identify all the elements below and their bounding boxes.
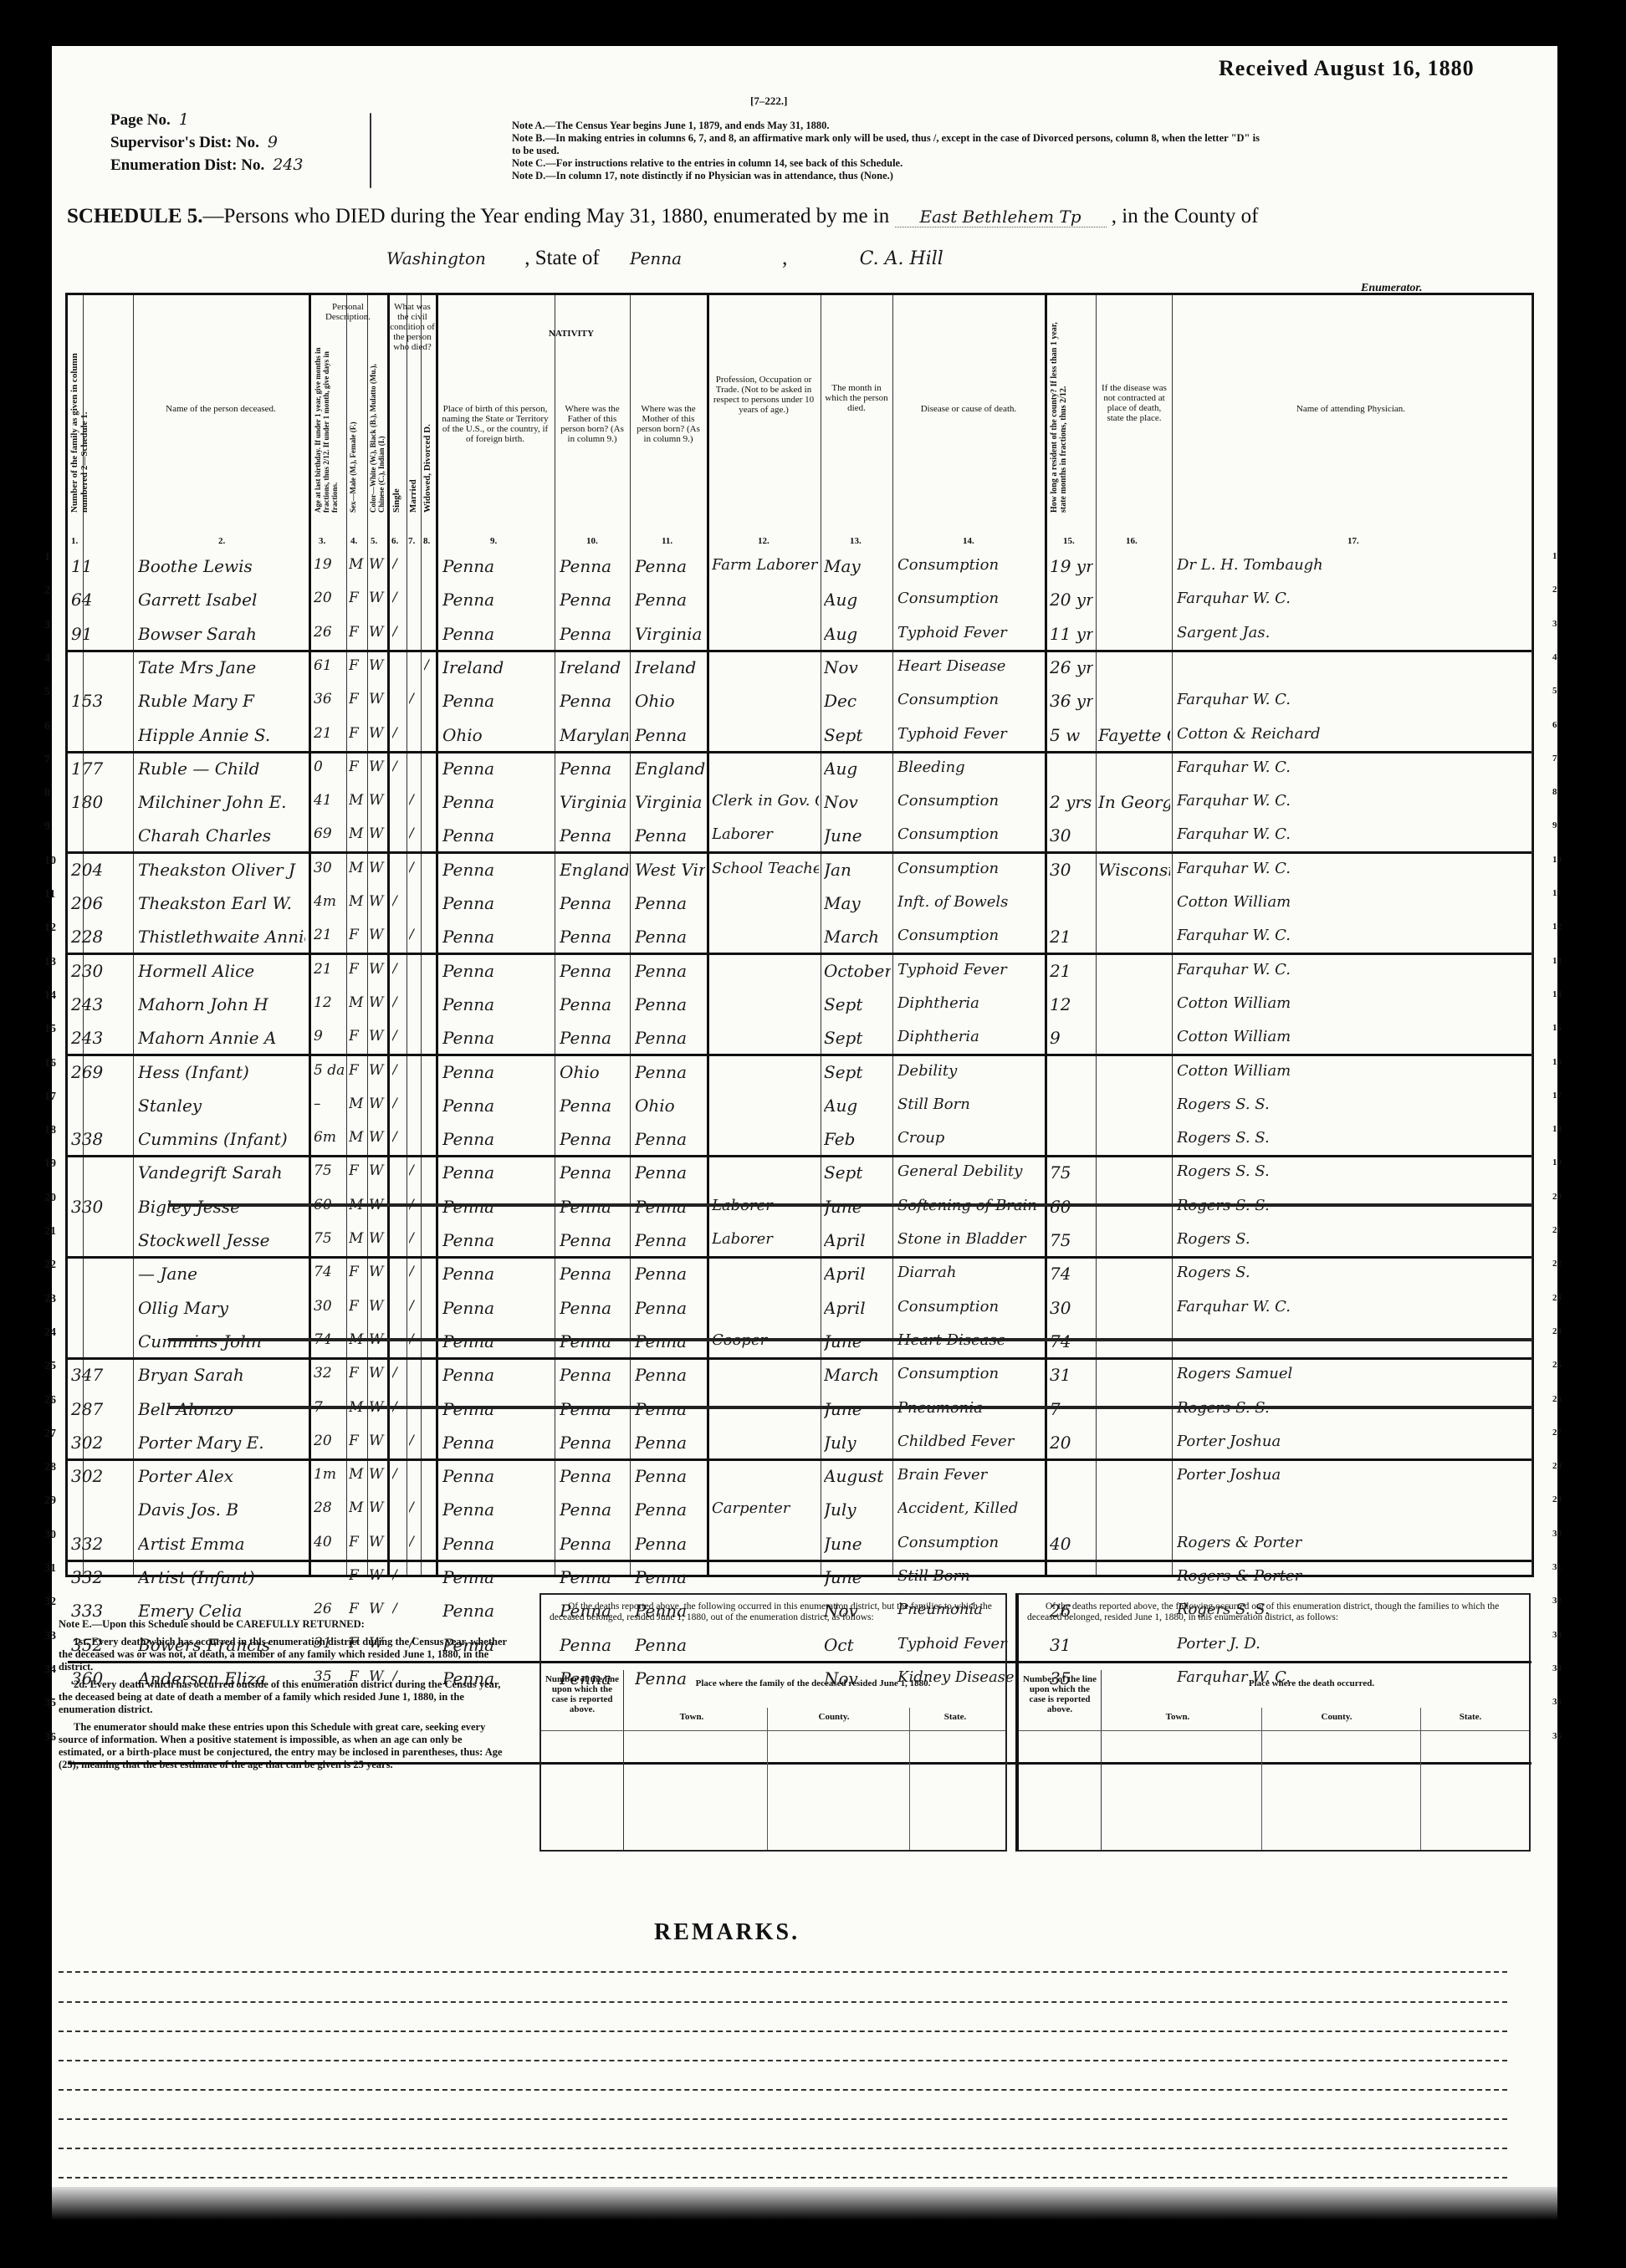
col-1-header: Number of the family as given in column … [69,312,81,513]
cell-physician: Rogers S. S. [1177,1129,1528,1147]
col-3-header: Age at last birthday. If under 1 year, g… [314,345,344,513]
cell-name: Boothe Lewis [138,556,305,576]
cell-physician: Farquhar W. C. [1177,759,1528,776]
cell-cause: Diphtheria [897,1028,1041,1045]
schedule-number: SCHEDULE 5. [67,205,203,227]
cell-sex: F [349,1433,366,1449]
cell-resident: 40 [1050,1534,1093,1554]
table-row: 16269Hess (Infant)5 daFW/PennaOhioPennaS… [68,1057,1531,1088]
cell-family: 347 [71,1365,130,1385]
cell-age: 21 [314,927,345,943]
cell-name: Bryan Sarah [138,1365,305,1385]
cell-birth: Ireland [442,657,551,677]
cell-cause: Consumption [897,927,1041,944]
line-check-mark: 4 [44,652,50,666]
cell-cause: Diarrah [897,1264,1041,1281]
cell-name: Hipple Annie S. [138,725,305,745]
cell-father: Penna [560,1298,628,1318]
cell-family: 287 [71,1399,130,1419]
cell-birth: Penna [442,1365,551,1385]
cell-cause: Heart Disease [897,1331,1041,1349]
cell-place: Fayette Co [1098,725,1170,745]
cell-name: Garrett Isabel [138,590,305,610]
cell-mother: Penna [635,556,705,576]
cell-cause: Typhoid Fever [897,624,1041,641]
cell-father: Penna [560,556,628,576]
cell-father: Penna [560,1096,628,1116]
line-check-mark: 25 [44,1360,56,1373]
table-row: 23Ollig Mary30FW/PennaPennaPennaAprilCon… [68,1293,1531,1324]
line-check-mark: 7 [44,753,50,767]
state-value: Penna [605,248,782,268]
line-check-mark: 28 [44,1461,56,1474]
enumeration-value: 243 [273,156,303,174]
cell-sex: F [349,1062,366,1079]
line-number: 23 [1552,1293,1562,1303]
cell-family: 11 [71,556,130,576]
cell-name: Cummins John [138,1331,305,1351]
cell-sex: F [349,1162,366,1179]
cell-married: / [409,1264,421,1280]
cell-father: Penna [560,1331,628,1351]
cell-month: June [824,1534,891,1554]
line-check-mark: 9 [44,820,50,834]
line-check-mark: 32 [44,1596,56,1609]
enumerator-name: C. A. Hill [860,248,943,269]
cell-sex: M [349,1129,366,1146]
cell-mother: Penna [635,590,705,610]
cell-name: Theakston Oliver J [138,860,305,880]
cell-father: Penna [560,1466,628,1486]
cell-father: Penna [560,893,628,913]
cell-resident: 5 w [1050,725,1093,745]
cell-married: / [409,792,421,809]
line-number: 25 [1552,1360,1562,1370]
cell-birth: Penna [442,1567,551,1587]
cell-physician: Sargent Jas. [1177,624,1528,641]
cell-sex: M [349,1499,366,1516]
col-10-header: Where was the Father of this person born… [558,404,626,444]
cell-age: 0 [314,759,345,775]
table-row: 4Tate Mrs Jane61FW/IrelandIrelandIreland… [68,652,1531,683]
cell-family: 243 [71,994,130,1014]
cell-physician: Cotton William [1177,1028,1528,1045]
cell-mother: Penna [635,1062,705,1082]
cell-color: W [369,556,386,573]
line-number: 4 [1552,652,1557,662]
cell-physician: Porter Joshua [1177,1433,1528,1450]
cell-mother: Penna [635,1129,705,1149]
cell-cause: Heart Disease [897,657,1041,675]
line-number: 26 [1552,1394,1562,1404]
cell-name: Milchiner John E. [138,792,305,812]
cell-single: / [392,994,404,1011]
cell-month: October [824,961,891,981]
line-number: 22 [1552,1259,1562,1269]
cell-birth: Penna [442,1230,551,1250]
cell-birth: Penna [442,590,551,610]
line-check-mark: 19 [44,1157,56,1171]
cell-name: Porter Mary E. [138,1433,305,1453]
subtable-deaths-in-district: Of the deaths reported above, the follow… [539,1593,1007,1852]
cell-mother: Penna [635,725,705,745]
township-value: East Bethlehem Tp [895,207,1107,227]
subtable-in-county-header: County. [767,1712,901,1722]
cell-father: Penna [560,1365,628,1385]
cell-single: / [392,1062,404,1079]
cell-birth: Penna [442,1331,551,1351]
cell-sex: M [349,825,366,842]
cell-age: 30 [314,860,345,876]
remarks-line [59,2148,1507,2149]
line-check-mark: 33 [44,1630,56,1643]
cell-father: Penna [560,590,628,610]
cell-birth: Penna [442,927,551,947]
cell-month: April [824,1298,891,1318]
cell-family: 338 [71,1129,130,1149]
cell-month: Sept [824,725,891,745]
cell-resident: 21 [1050,961,1093,981]
line-check-mark: 26 [44,1394,56,1407]
cell-physician: Cotton & Reichard [1177,725,1528,743]
cell-age: 60 [314,1197,345,1213]
cell-color: W [369,1298,386,1315]
personal-description-header: Personal Description. [310,302,386,322]
line-check-mark: 23 [44,1293,56,1306]
cell-resident: 36 yrs [1050,691,1093,711]
state-label: , State of [524,247,600,269]
cell-sex: F [349,1567,366,1584]
line-check-mark: 16 [44,1057,56,1070]
cell-mother: Penna [635,994,705,1014]
cell-cause: Still Born [897,1096,1041,1113]
cell-married: / [409,1331,421,1348]
cell-color: W [369,1499,386,1516]
cell-mother: Penna [635,1264,705,1284]
cell-single: / [392,1601,404,1617]
cell-sex: M [349,1197,366,1213]
cell-mother: Penna [635,961,705,981]
cell-month: Sept [824,994,891,1014]
remarks-line [59,1971,1507,1973]
remarks-line [59,2177,1507,2179]
cell-sex: M [349,860,366,876]
census-sheet: Page No.1 Supervisor's Dist: No.9 Enumer… [52,46,1557,2220]
cell-age: 41 [314,792,345,809]
col-num-11: 11. [662,536,672,546]
received-stamp: Received August 16, 1880 [1219,56,1475,81]
cell-sex: F [349,1298,366,1315]
line-number: 21 [1552,1225,1562,1235]
line-number: 2 [1552,585,1557,595]
cell-mother: Penna [635,1197,705,1217]
cell-month: Aug [824,624,891,644]
cell-name: Cummins (Infant) [138,1129,305,1149]
table-row: 18338Cummins (Infant)6mMW/PennaPennaPenn… [68,1124,1531,1157]
line-number: 12 [1552,922,1562,932]
cell-single: / [392,1399,404,1416]
table-row: 6Hipple Annie S.21FW/OhioMarylandPennaSe… [68,720,1531,753]
cell-color: W [369,1365,386,1382]
cell-father: Penna [560,624,628,644]
cell-birth: Penna [442,994,551,1014]
cell-physician: Dr L. H. Tombaugh [1177,556,1528,574]
cell-father: Penna [560,994,628,1014]
cell-resident: 75 [1050,1162,1093,1183]
cell-age: 74 [314,1331,345,1348]
note-e: Note E.—Upon this Schedule should be CAR… [59,1618,510,1776]
cell-name: Charah Charles [138,825,305,845]
cell-mother: Penna [635,893,705,913]
line-check-mark: 17 [44,1091,56,1104]
line-check-mark: 1 [44,551,50,564]
cell-mother: Ohio [635,691,705,711]
cell-month: Dec [824,691,891,711]
table-row: 19Vandegrift Sarah75FW/PennaPennaPennaSe… [68,1157,1531,1188]
cell-resident: 9 [1050,1028,1093,1048]
cell-married: / [409,1534,421,1550]
col-6-header: Single [391,446,403,513]
subtable-out-town-header: Town. [1102,1712,1253,1722]
line-check-mark: 2 [44,585,50,598]
cell-birth: Penna [442,825,551,845]
cell-month: August [824,1466,891,1486]
cell-age: 6m [314,1129,345,1146]
col-15-header: How long a resident of the county? If le… [1050,312,1092,513]
cell-mother: England [635,759,705,779]
cell-family: 330 [71,1197,130,1217]
table-row: 31332Artist (Infant)–FW/PennaPennaPennaJ… [68,1562,1531,1593]
civil-condition-header: What was the civil condition of the pers… [389,302,436,352]
cell-single: / [392,1567,404,1584]
cell-family: 332 [71,1567,130,1587]
cell-birth: Penna [442,792,551,812]
cell-name: Ruble — Child [138,759,305,779]
cell-birth: Penna [442,1534,551,1554]
remarks-line [59,2089,1507,2091]
cell-color: W [369,624,386,641]
cell-color: W [369,1601,386,1617]
line-number: 15 [1552,1023,1562,1033]
cell-cause: Stone in Bladder [897,1230,1041,1248]
cell-father: Penna [560,825,628,845]
cell-birth: Penna [442,860,551,880]
cell-physician: Farquhar W. C. [1177,691,1528,708]
cell-family: 153 [71,691,130,711]
cell-birth: Penna [442,1499,551,1520]
cell-birth: Penna [442,1062,551,1082]
cell-age: 32 [314,1365,345,1382]
line-number: 24 [1552,1326,1562,1336]
cell-physician: Rogers S. S. [1177,1162,1528,1180]
col-num-12: 12. [758,536,770,546]
cell-sex: F [349,927,366,943]
cell-mother: Penna [635,1331,705,1351]
table-row: 8180Milchiner John E.41MW/PennaVirginiaV… [68,787,1531,818]
cell-physician: Farquhar W. C. [1177,1298,1528,1315]
cell-mother: Penna [635,1499,705,1520]
col-4-header: Sex—Male (M.), Female (F.) [349,345,366,513]
schedule-title: SCHEDULE 5.—Persons who DIED during the … [67,205,1258,228]
cell-family: 302 [71,1433,130,1453]
table-row: 15243Mahorn Annie A9FW/PennaPennaPennaSe… [68,1023,1531,1056]
cell-sex: F [349,1028,366,1045]
page-value: 1 [179,110,189,129]
line-check-mark: 3 [44,619,50,632]
cell-physician: Rogers S. S. [1177,1399,1528,1417]
cell-sex: M [349,994,366,1011]
subtable-in-state-header: State. [909,1712,1001,1722]
note-b: Note B.—In making entries in columns 6, … [512,132,1265,157]
cell-cause: Childbed Fever [897,1433,1041,1450]
cell-cause: Consumption [897,556,1041,574]
cell-cause: Diphtheria [897,994,1041,1012]
cell-sex: M [349,1331,366,1348]
cell-month: June [824,1331,891,1351]
cell-physician: Porter Joshua [1177,1466,1528,1484]
cell-married: / [409,1197,421,1213]
cell-color: W [369,759,386,775]
cell-month: Nov [824,792,891,812]
cell-sex: F [349,657,366,674]
cell-birth: Penna [442,556,551,576]
cell-month: Aug [824,1096,891,1116]
cell-color: W [369,691,386,707]
cell-month: Sept [824,1062,891,1082]
cell-color: W [369,1466,386,1483]
cell-birth: Penna [442,1197,551,1217]
remarks-line [59,2060,1507,2061]
cell-resident: 20 [1050,1433,1093,1453]
cell-birth: Penna [442,1399,551,1419]
cell-mother: Penna [635,825,705,845]
cell-cause: General Debility [897,1162,1041,1180]
col-14-header: Disease or cause of death. [896,404,1041,414]
line-number: 29 [1552,1494,1562,1504]
cell-birth: Penna [442,1162,551,1183]
cell-physician: Cotton William [1177,1062,1528,1080]
torn-edge [52,2187,1557,2220]
cell-mother: Penna [635,1365,705,1385]
cell-sex: F [349,725,366,742]
line-check-mark: 31 [44,1562,56,1576]
county-value: Washington [353,248,519,268]
cell-month: Feb [824,1129,891,1149]
cell-mother: Ohio [635,1096,705,1116]
col-9-header: Place of birth of this person, naming th… [439,404,551,444]
cell-resident: 21 [1050,927,1093,947]
subtable-in-intro: Of the deaths reported above, the follow… [550,1601,997,1623]
cell-color: W [369,725,386,742]
cell-sex: F [349,691,366,707]
line-number: 5 [1552,686,1557,696]
line-number: 9 [1552,820,1557,830]
cell-family: 228 [71,927,130,947]
cell-cause: Typhoid Fever [897,725,1041,743]
cell-married: / [409,1433,421,1449]
cell-month: June [824,1197,891,1217]
cell-month: March [824,1365,891,1385]
cell-physician: Cotton William [1177,994,1528,1012]
cell-physician: Farquhar W. C. [1177,590,1528,607]
cell-father: Penna [560,1264,628,1284]
cell-age: – [314,1567,345,1584]
subtable-deaths-out-of-district: Of the deaths reported above, the follow… [1015,1593,1531,1852]
cell-birth: Penna [442,893,551,913]
line-check-mark: 10 [44,855,56,868]
col-num-9: 9. [490,536,497,546]
line-number: 33 [1552,1630,1562,1640]
cell-name: Hormell Alice [138,961,305,981]
cell-family: 302 [71,1466,130,1486]
subtable-in-town-header: Town. [625,1712,759,1722]
cell-single: / [392,1096,404,1112]
col-13-header: The month in which the person died. [824,383,889,413]
col-2-header: Name of the person deceased. [135,404,307,414]
cell-sex: M [349,1399,366,1416]
cell-age: 7 [314,1399,345,1416]
cell-resident: 20 yrs [1050,590,1093,610]
table-row: 12228Thistlethwaite Annie L21FW/PennaPen… [68,922,1531,955]
schedule-line-2: Washington , State of Penna, C. A. Hill [353,247,943,270]
line-number: 13 [1552,956,1562,966]
cell-birth: Ohio [442,725,551,745]
col-num-16: 16. [1126,536,1138,546]
remarks-line [59,2030,1507,2032]
cell-cause: Pneumonia [897,1399,1041,1417]
cell-age: 9 [314,1028,345,1045]
note-e-paragraph-3: The enumerator should make these entries… [59,1721,510,1771]
cell-mother: Penna [635,1162,705,1183]
cell-father: Penna [560,1534,628,1554]
line-number: 35 [1552,1697,1562,1707]
cell-sex: F [349,624,366,641]
table-row: 28302Porter Alex1mMW/PennaPennaPennaAugu… [68,1461,1531,1492]
cell-name: Mahorn Annie A [138,1028,305,1048]
cell-physician: Cotton William [1177,893,1528,911]
line-check-mark: 22 [44,1259,56,1272]
cell-family: 206 [71,893,130,913]
note-e-title: Note E.—Upon this Schedule should be CAR… [59,1618,510,1631]
col-num-7: 7. [408,536,415,546]
line-check-mark: 8 [44,787,50,800]
col-num-1: 1. [71,536,78,546]
col-num-3: 3. [319,536,325,546]
cell-resident: 30 [1050,860,1093,880]
cell-sex: F [349,1365,366,1382]
cell-cause: Consumption [897,860,1041,877]
cell-sex: F [349,1534,366,1550]
county-label: , in the County of [1112,205,1259,227]
supervisor-label: Supervisor's Dist: No. [110,134,259,151]
table-row: 17Stanley–MW/PennaPennaOhioAugStill Born… [68,1091,1531,1121]
cell-month: June [824,1567,891,1587]
remarks-title: REMARKS. [654,1919,800,1946]
cell-color: W [369,1534,386,1550]
line-number: 20 [1552,1192,1562,1202]
cell-single: / [392,759,404,775]
note-e-paragraph-1: 1st. Every death which has occurred in t… [59,1636,510,1673]
cell-resident: 26 yrs [1050,657,1093,677]
cell-single: / [392,1028,404,1045]
cell-color: W [369,1230,386,1247]
col-num-17: 17. [1347,536,1359,546]
cell-month: April [824,1264,891,1284]
cell-month: June [824,1399,891,1419]
cell-birth: Penna [442,1433,551,1453]
cell-father: Penna [560,1197,628,1217]
cell-cause: Consumption [897,792,1041,810]
